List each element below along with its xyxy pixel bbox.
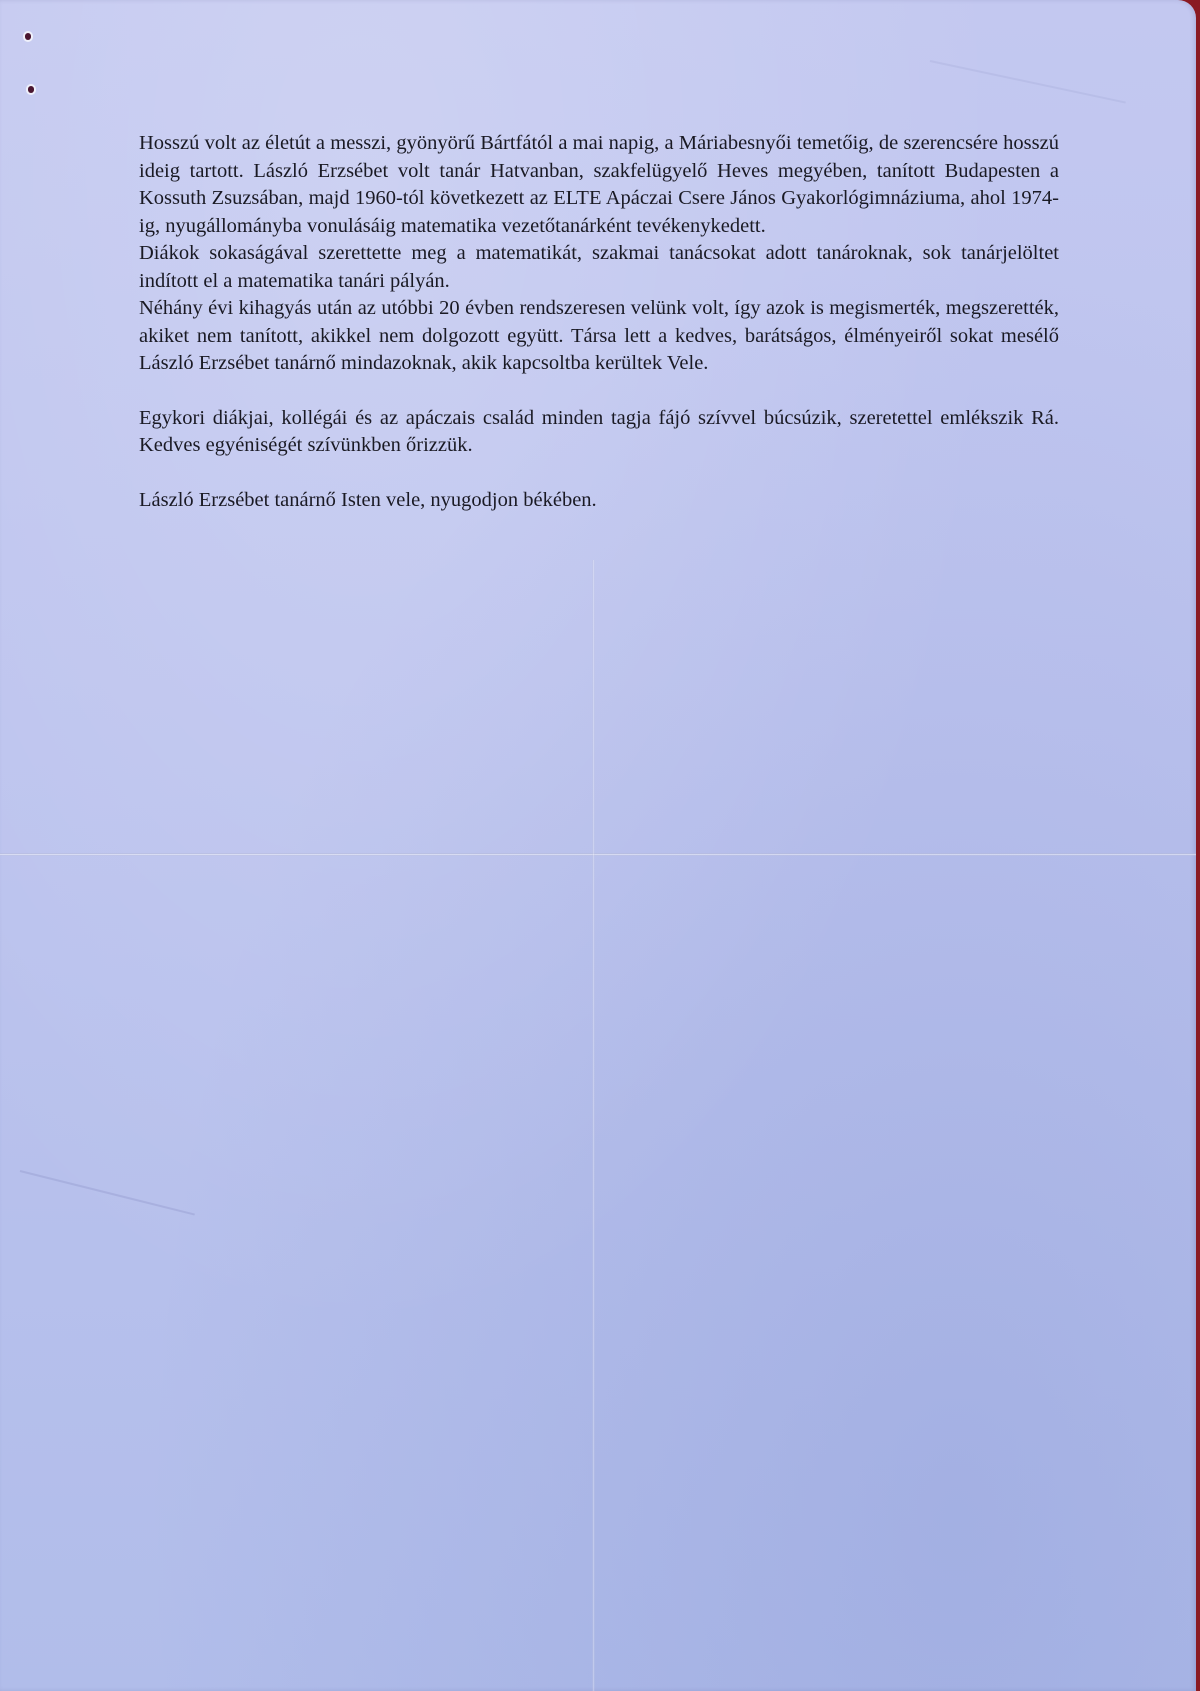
fold-line-horizontal — [0, 853, 1196, 856]
crease-line — [930, 60, 1126, 104]
paragraph-recent-years: Néhány évi kihagyás után az utóbbi 20 év… — [139, 295, 1059, 378]
punch-hole-top — [25, 33, 31, 40]
paragraph-closing: László Erzsébet tanárnő Isten vele, nyug… — [139, 487, 1059, 515]
paragraph-students: Diákok sokaságával szerettette meg a mat… — [139, 240, 1059, 295]
memorial-text: Hosszú volt az életút a messzi, gyönyörű… — [139, 130, 1059, 514]
fold-line-vertical — [592, 560, 595, 1691]
paper-sheet: Hosszú volt az életút a messzi, gyönyörű… — [0, 0, 1196, 1691]
paragraph-farewell: Egykori diákjai, kollégái és az apáczais… — [139, 405, 1059, 460]
paragraph-life-career: Hosszú volt az életút a messzi, gyönyörű… — [139, 130, 1059, 240]
punch-hole-bottom — [28, 86, 34, 93]
crease-line — [20, 1170, 195, 1215]
